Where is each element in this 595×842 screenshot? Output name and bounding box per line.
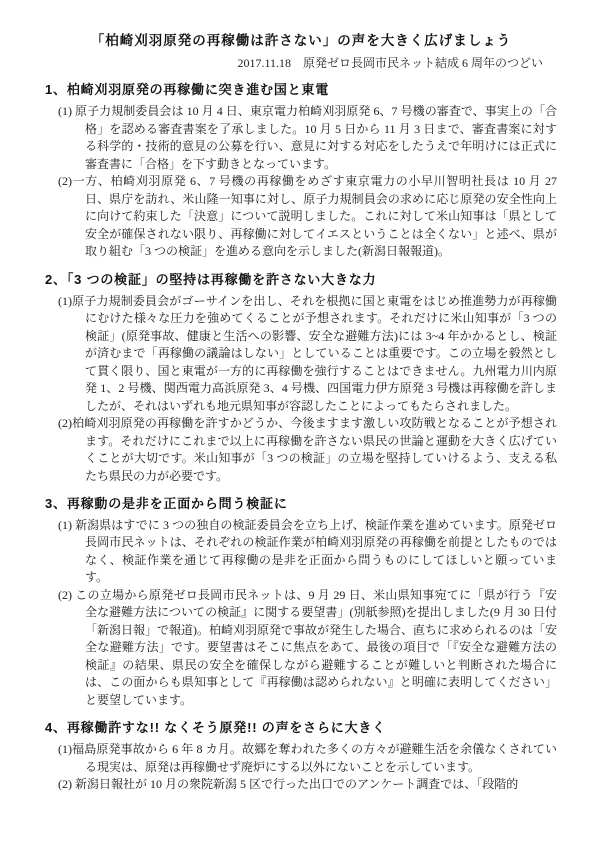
section-1-heading: 1、柏崎刈羽原発の再稼働に突き進む国と東電 (45, 82, 557, 99)
paragraph-text: 原子力規制委員会がゴーサインを出し、それを根拠に国と東電をはじめ推進勢力が再稼働… (72, 294, 557, 413)
paragraph-marker: (1) (58, 294, 72, 308)
section-4: 4、再稼働許すな!! なくそう原発!! の声をさらに大きく (1)福島原発事故か… (45, 720, 557, 793)
section-4-heading: 4、再稼働許すな!! なくそう原発!! の声をさらに大きく (45, 720, 557, 737)
paragraph-marker: (2) (58, 777, 75, 791)
paragraph-text: 原子力規制委員会は 10 月 4 日、東京電力柏崎刈羽原発 6、7 号機の審査で… (75, 104, 557, 171)
section-3-paragraph-1: (1) 新潟県はすでに 3 つの独自の検証委員会を立ち上げ、検証作業を進めていま… (58, 517, 557, 587)
section-4-paragraph-1: (1)福島原発事故から 6 年 8 カ月。故郷を奪われた多くの方々が避難生活を余… (58, 741, 557, 776)
paragraph-marker: (1) (58, 104, 75, 118)
section-1: 1、柏崎刈羽原発の再稼働に突き進む国と東電 (1) 原子力規制委員会は 10 月… (45, 82, 557, 260)
paragraph-text: 新潟日報社が 10 月の衆院新潟 5 区で行った出口でのアンケート調査では、「段… (75, 777, 518, 791)
section-3: 3、再稼動の是非を正面から問う検証に (1) 新潟県はすでに 3 つの独自の検証… (45, 496, 557, 709)
section-2-paragraph-1: (1)原子力規制委員会がゴーサインを出し、それを根拠に国と東電をはじめ推進勢力が… (58, 293, 557, 416)
paragraph-marker: (1) (58, 742, 72, 756)
paragraph-marker: (1) (58, 518, 75, 532)
section-1-paragraph-2: (2)一方、柏崎刈羽原発 6、7 号機の再稼働をめざす東京電力の小早川智明社長は… (58, 173, 557, 261)
section-1-paragraph-1: (1) 原子力規制委員会は 10 月 4 日、東京電力柏崎刈羽原発 6、7 号機… (58, 103, 557, 173)
document-page: 「柏崎刈羽原発の再稼働は許さない」の声を大きく広げましょう 2017.11.18… (0, 0, 595, 842)
paragraph-text: 新潟県はすでに 3 つの独自の検証委員会を立ち上げ、検証作業を進めています。原発… (75, 518, 557, 585)
section-3-paragraph-2: (2) この立場から原発ゼロ長岡市民ネットは、9 月 29 日、米山県知事宛てに… (58, 587, 557, 710)
paragraph-marker: (2) (58, 588, 75, 602)
paragraph-text: 柏崎刈羽原発の再稼働を許すかどうか、今後ますます激しい攻防戦となることが予想され… (72, 416, 557, 483)
document-title: 「柏崎刈羽原発の再稼働は許さない」の声を大きく広げましょう (45, 32, 557, 50)
section-4-paragraph-2: (2) 新潟日報社が 10 月の衆院新潟 5 区で行った出口でのアンケート調査で… (58, 776, 557, 794)
paragraph-text: この立場から原発ゼロ長岡市民ネットは、9 月 29 日、米山県知事宛てに「県が行… (75, 588, 557, 707)
section-2: 2、「3 つの検証」の堅持は再稼働を許さない大きな力 (1)原子力規制委員会がゴ… (45, 272, 557, 485)
paragraph-marker: (2) (58, 174, 72, 188)
paragraph-marker: (2) (58, 416, 72, 430)
paragraph-text: 福島原発事故から 6 年 8 カ月。故郷を奪われた多くの方々が避難生活を余儀なく… (72, 742, 557, 774)
section-2-paragraph-2: (2)柏崎刈羽原発の再稼働を許すかどうか、今後ますます激しい攻防戦となることが予… (58, 415, 557, 485)
section-2-heading: 2、「3 つの検証」の堅持は再稼働を許さない大きな力 (45, 272, 557, 289)
document-dateline: 2017.11.18 原発ゼロ長岡市民ネット結成 6 周年のつどい (45, 54, 557, 71)
section-3-heading: 3、再稼動の是非を正面から問う検証に (45, 496, 557, 513)
paragraph-text: 一方、柏崎刈羽原発 6、7 号機の再稼働をめざす東京電力の小早川智明社長は 10… (72, 174, 557, 258)
